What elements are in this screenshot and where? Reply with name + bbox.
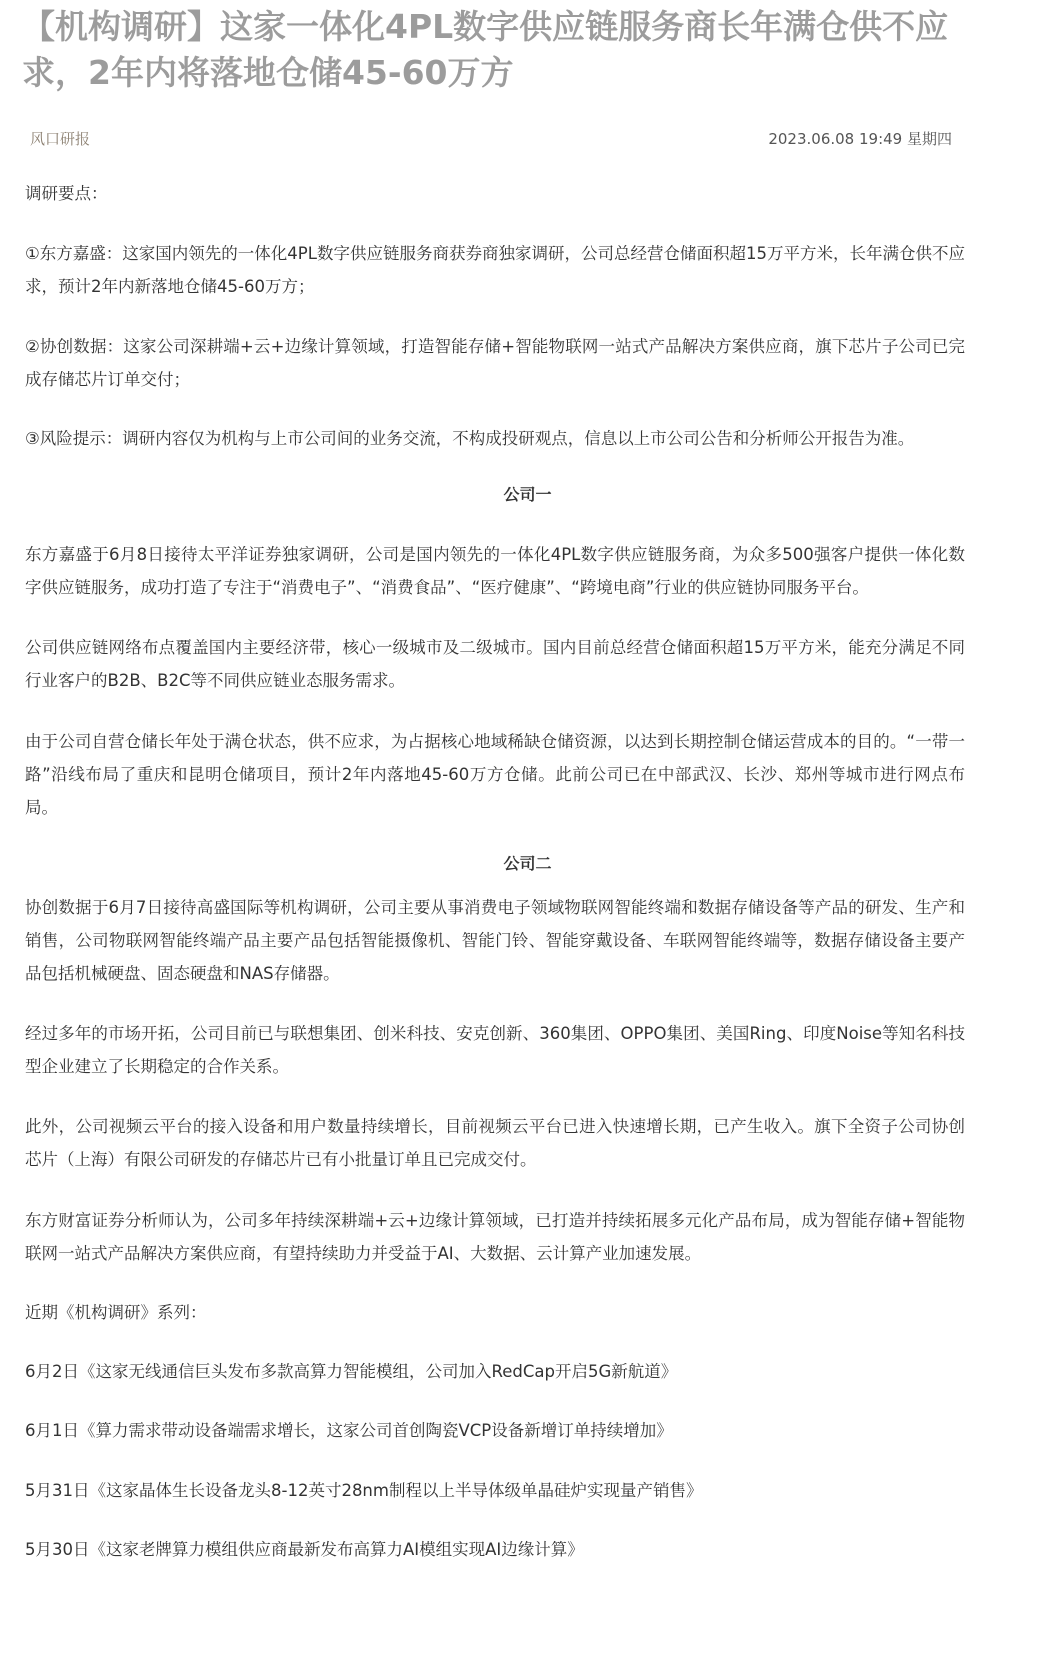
company-two-paragraph-4: 东方财富证券分析师认为，公司多年持续深耕端+云+边缘计算领域，已打造并持续拓展多… (25, 1204, 965, 1270)
key-point-3: ③风险提示：调研内容仅为机构与上市公司间的业务交流，不构成投研观点，信息以上市公… (25, 422, 965, 455)
recent-series-link-2[interactable]: 6月1日《算力需求带动设备端需求增长，这家公司首创陶瓷VCP设备新增订单持续增加… (25, 1416, 673, 1446)
recent-series-link-1[interactable]: 6月2日《这家无线通信巨头发布多款高算力智能模组，公司加入RedCap开启5G新… (25, 1357, 677, 1387)
recent-series-link-3[interactable]: 5月31日《这家晶体生长设备龙头8-12英寸28nm制程以上半导体级单晶硅炉实现… (25, 1476, 702, 1506)
company-one-paragraph-3: 由于公司自营仓储长年处于满仓状态，供不应求，为占据核心地域稀缺仓储资源，以达到长… (25, 725, 965, 824)
section-heading-company-one: 公司一 (0, 480, 1055, 510)
recent-series-heading: 近期《机构调研》系列： (25, 1296, 965, 1329)
publish-datetime: 2023.06.08 19:49 星期四 (768, 126, 952, 152)
company-one-paragraph-1: 东方嘉盛于6月8日接待太平洋证券独家调研，公司是国内领先的一体化4PL数字供应链… (25, 538, 965, 604)
company-two-paragraph-2: 经过多年的市场开拓，公司目前已与联想集团、创米科技、安克创新、360集团、OPP… (25, 1017, 965, 1083)
recent-series-link-4[interactable]: 5月30日《这家老牌算力模组供应商最新发布高算力AI模组实现AI边缘计算》 (25, 1535, 584, 1565)
key-points-heading: 调研要点： (25, 177, 965, 210)
key-point-1: ①东方嘉盛：这家国内领先的一体化4PL数字供应链服务商获券商独家调研，公司总经营… (25, 237, 965, 303)
article-title: 【机构调研】这家一体化4PL数字供应链服务商长年满仓供不应求，2年内将落地仓储4… (22, 4, 972, 96)
company-two-paragraph-1: 协创数据于6月7日接待高盛国际等机构调研，公司主要从事消费电子领域物联网智能终端… (25, 891, 965, 990)
section-heading-company-two: 公司二 (0, 849, 1055, 879)
company-two-paragraph-3: 此外，公司视频云平台的接入设备和用户数量持续增长，目前视频云平台已进入快速增长期… (25, 1110, 965, 1176)
company-one-paragraph-2: 公司供应链网络布点覆盖国内主要经济带，核心一级城市及二级城市。国内目前总经营仓储… (25, 631, 965, 697)
key-point-2: ②协创数据：这家公司深耕端+云+边缘计算领域，打造智能存储+智能物联网一站式产品… (25, 330, 965, 396)
source-link[interactable]: 风口研报 (30, 126, 90, 152)
article-meta: 风口研报 2023.06.08 19:49 星期四 (0, 126, 1055, 152)
